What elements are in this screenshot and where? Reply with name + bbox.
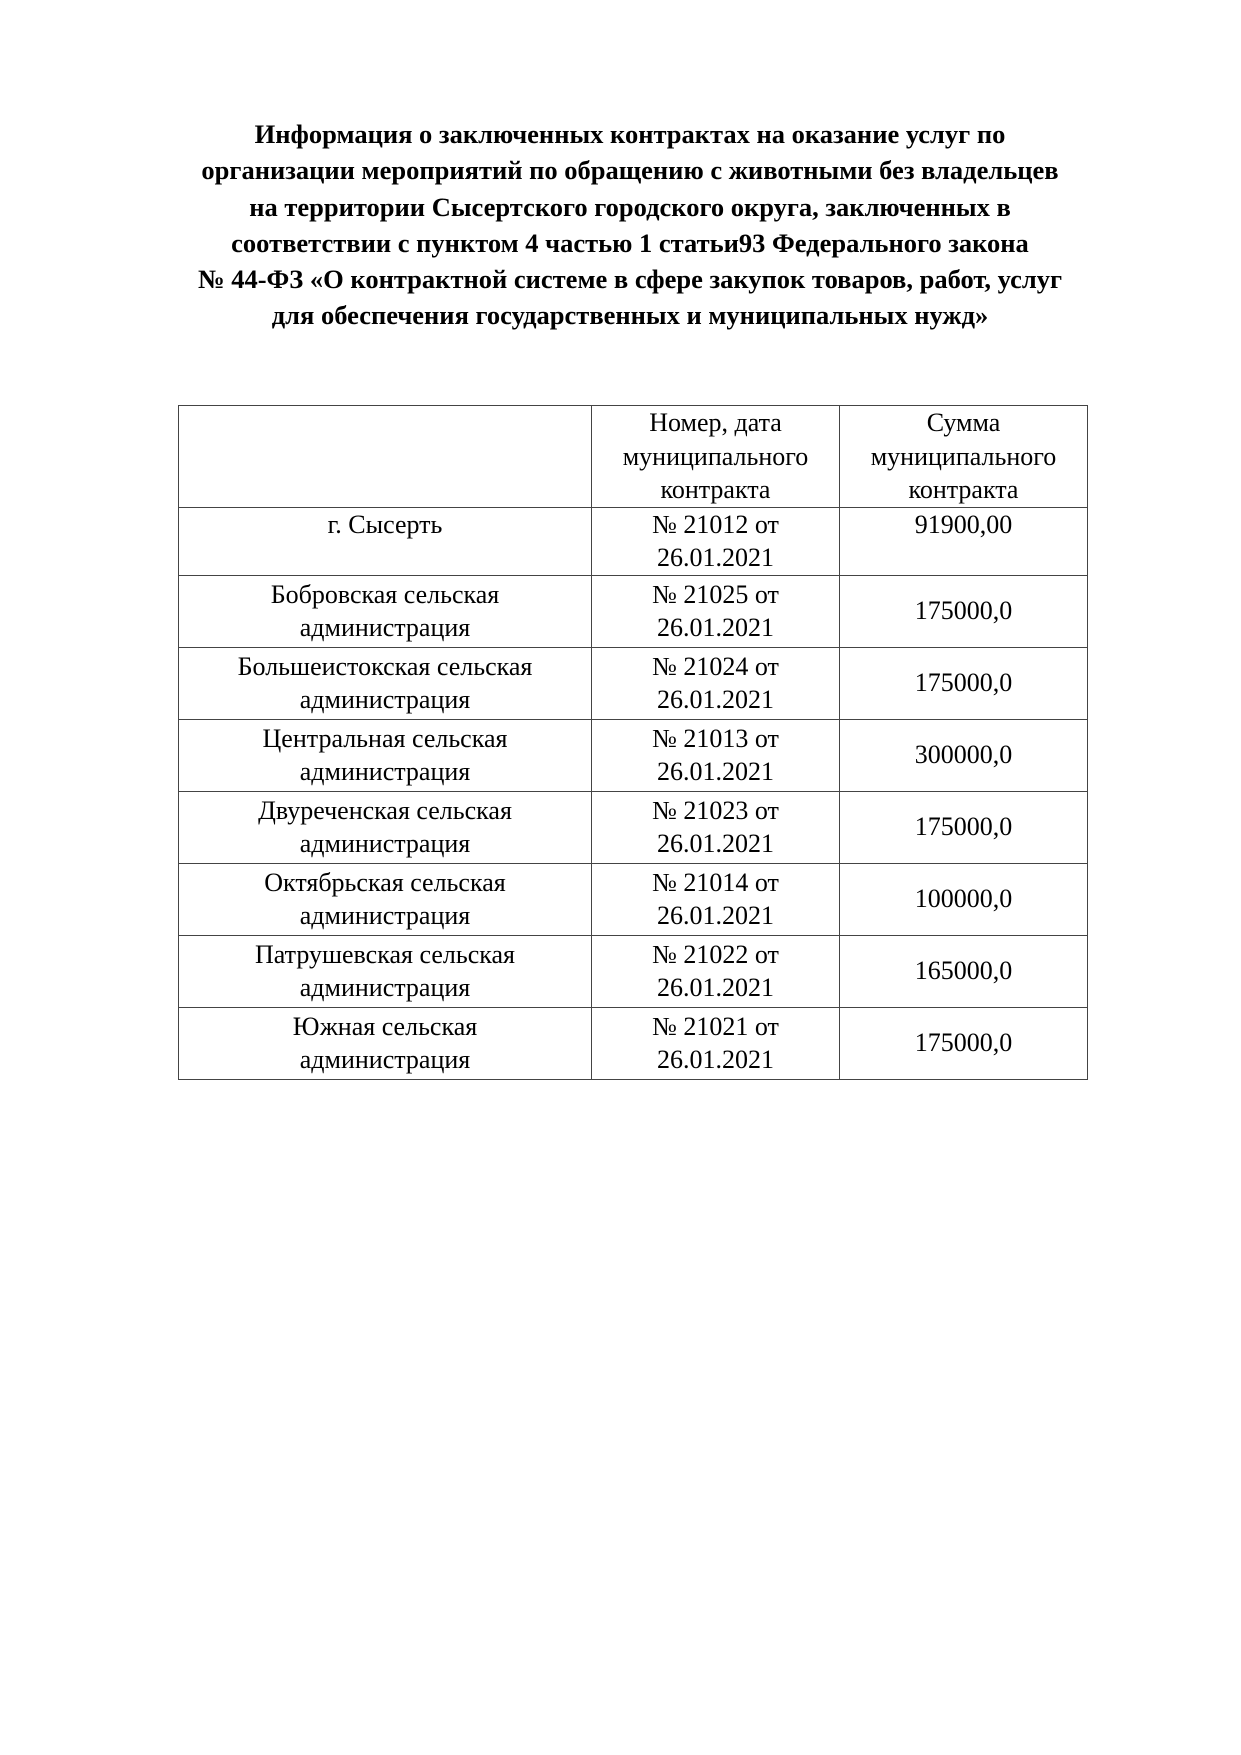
- table-row: Патрушевская сельскаяадминистрация№ 2102…: [179, 935, 1088, 1007]
- contract-cell-text: № 21013 от: [596, 722, 835, 756]
- entity-cell-text: администрация: [183, 1043, 587, 1077]
- title-line: Информация о заключенных контрактах на о…: [150, 116, 1110, 152]
- header-cell-amount: Сумма муниципального контракта: [840, 406, 1088, 508]
- entity-cell: г. Сысерть: [179, 507, 592, 575]
- header-text: муниципального: [844, 440, 1083, 474]
- entity-cell-text: Большеистокская сельская: [183, 650, 587, 684]
- header-cell-entity: [179, 406, 592, 508]
- header-cell-contract: Номер, дата муниципального контракта: [592, 406, 840, 508]
- table-row: Южная сельскаяадминистрация№ 21021 от26.…: [179, 1007, 1088, 1079]
- amount-cell: 91900,00: [840, 507, 1088, 575]
- amount-cell: 175000,0: [840, 647, 1088, 719]
- entity-cell-text: администрация: [183, 899, 587, 933]
- contract-cell-text: № 21022 от: [596, 938, 835, 972]
- entity-cell-text: Южная сельская: [183, 1010, 587, 1044]
- contract-cell: № 21024 от26.01.2021: [592, 647, 840, 719]
- title-line: № 44-ФЗ «О контрактной системе в сфере з…: [150, 261, 1110, 297]
- header-text: Сумма: [844, 406, 1083, 440]
- header-text: контракта: [844, 473, 1083, 507]
- contract-cell: № 21023 от26.01.2021: [592, 791, 840, 863]
- amount-cell: 175000,0: [840, 575, 1088, 647]
- amount-cell-text: 175000,0: [844, 810, 1083, 844]
- entity-cell: Большеистокская сельскаяадминистрация: [179, 647, 592, 719]
- contract-cell: № 21021 от26.01.2021: [592, 1007, 840, 1079]
- entity-cell: Бобровская сельскаяадминистрация: [179, 575, 592, 647]
- amount-cell: 175000,0: [840, 1007, 1088, 1079]
- table-row: Двуреченская сельскаяадминистрация№ 2102…: [179, 791, 1088, 863]
- contract-cell-text: № 21012 от: [596, 508, 835, 542]
- contract-cell-text: № 21021 от: [596, 1010, 835, 1044]
- document-title: Информация о заключенных контрактах на о…: [150, 116, 1110, 334]
- contract-cell-text: 26.01.2021: [596, 611, 835, 645]
- entity-cell-text: Центральная сельская: [183, 722, 587, 756]
- table-row: Центральная сельскаяадминистрация№ 21013…: [179, 719, 1088, 791]
- amount-cell: 100000,0: [840, 863, 1088, 935]
- entity-cell-text: администрация: [183, 683, 587, 717]
- entity-cell-text: г. Сысерть: [183, 508, 587, 542]
- contract-cell: № 21025 от26.01.2021: [592, 575, 840, 647]
- contract-cell-text: № 21014 от: [596, 866, 835, 900]
- amount-cell-text: 175000,0: [844, 1026, 1083, 1060]
- contract-cell-text: 26.01.2021: [596, 1043, 835, 1077]
- entity-cell-text: администрация: [183, 611, 587, 645]
- contract-cell: № 21013 от26.01.2021: [592, 719, 840, 791]
- entity-cell-text: Октябрьская сельская: [183, 866, 587, 900]
- amount-cell: 175000,0: [840, 791, 1088, 863]
- entity-cell: Октябрьская сельскаяадминистрация: [179, 863, 592, 935]
- amount-cell-text: 175000,0: [844, 666, 1083, 700]
- entity-cell-text: администрация: [183, 971, 587, 1005]
- header-text: контракта: [596, 473, 835, 507]
- amount-cell: 300000,0: [840, 719, 1088, 791]
- amount-cell-text: 175000,0: [844, 594, 1083, 628]
- entity-cell-text: Бобровская сельская: [183, 578, 587, 612]
- entity-cell-text: Двуреченская сельская: [183, 794, 587, 828]
- contract-cell-text: № 21023 от: [596, 794, 835, 828]
- entity-cell-text: Патрушевская сельская: [183, 938, 587, 972]
- title-line: для обеспечения государственных и муници…: [150, 297, 1110, 333]
- amount-cell: 165000,0: [840, 935, 1088, 1007]
- contract-cell-text: 26.01.2021: [596, 683, 835, 717]
- contract-cell: № 21014 от26.01.2021: [592, 863, 840, 935]
- entity-cell-text: администрация: [183, 755, 587, 789]
- contract-cell-text: 26.01.2021: [596, 971, 835, 1005]
- contracts-table: Номер, дата муниципального контракта Сум…: [178, 405, 1088, 1080]
- contract-cell-text: № 21024 от: [596, 650, 835, 684]
- contract-cell-text: 26.01.2021: [596, 827, 835, 861]
- contract-cell-text: 26.01.2021: [596, 755, 835, 789]
- amount-cell-text: 91900,00: [844, 508, 1083, 542]
- contract-cell-text: № 21025 от: [596, 578, 835, 612]
- contract-cell: № 21012 от26.01.2021: [592, 507, 840, 575]
- entity-cell: Центральная сельскаяадминистрация: [179, 719, 592, 791]
- title-line: на территории Сысертского городского окр…: [150, 189, 1110, 225]
- table-row: Большеистокская сельскаяадминистрация№ 2…: [179, 647, 1088, 719]
- table-row: Октябрьская сельскаяадминистрация№ 21014…: [179, 863, 1088, 935]
- title-line: соответствии с пунктом 4 частью 1 статьи…: [150, 225, 1110, 261]
- table-row: Бобровская сельскаяадминистрация№ 21025 …: [179, 575, 1088, 647]
- table-row: г. Сысерть№ 21012 от26.01.202191900,00: [179, 507, 1088, 575]
- entity-cell: Южная сельскаяадминистрация: [179, 1007, 592, 1079]
- amount-cell-text: 165000,0: [844, 954, 1083, 988]
- amount-cell-text: 300000,0: [844, 738, 1083, 772]
- contract-cell-text: 26.01.2021: [596, 899, 835, 933]
- entity-cell: Патрушевская сельскаяадминистрация: [179, 935, 592, 1007]
- contract-cell: № 21022 от26.01.2021: [592, 935, 840, 1007]
- amount-cell-text: 100000,0: [844, 882, 1083, 916]
- header-text: Номер, дата: [596, 406, 835, 440]
- header-text: муниципального: [596, 440, 835, 474]
- contract-cell-text: 26.01.2021: [596, 541, 835, 575]
- entity-cell: Двуреченская сельскаяадминистрация: [179, 791, 592, 863]
- title-line: организации мероприятий по обращению с ж…: [150, 152, 1110, 188]
- entity-cell-text: администрация: [183, 827, 587, 861]
- table-header-row: Номер, дата муниципального контракта Сум…: [179, 406, 1088, 508]
